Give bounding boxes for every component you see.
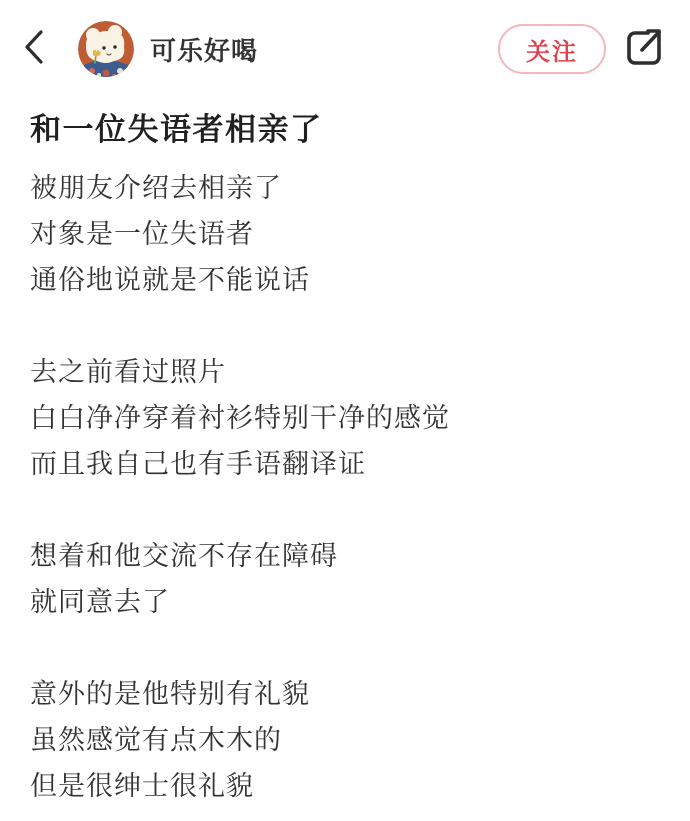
post-body: 被朋友介绍去相亲了 对象是一位失语者 通俗地说就是不能说话 去之前看过照片 白白… <box>30 165 660 809</box>
body-line: 去之前看过照片 <box>30 349 660 395</box>
paragraph: 意外的是他特别有礼貌 虽然感觉有点木木的 但是很绅士很礼貌 <box>30 671 660 809</box>
body-line: 虽然感觉有点木木的 <box>30 717 660 763</box>
username[interactable]: 可乐好喝 <box>150 31 258 68</box>
hamster-avatar-icon <box>78 21 134 77</box>
body-line: 被朋友介绍去相亲了 <box>30 165 660 211</box>
body-line: 意外的是他特别有礼貌 <box>30 671 660 717</box>
body-line: 而且我自己也有手语翻译证 <box>30 441 660 487</box>
body-line: 通俗地说就是不能说话 <box>30 257 660 303</box>
follow-button[interactable]: 关注 <box>498 24 606 74</box>
post-detail-page: 可乐好喝 关注 和一位失语者相亲了 被朋友介绍去相亲了 对象是一位失语者 通俗地… <box>0 0 690 821</box>
top-navigation-bar: 可乐好喝 关注 <box>0 0 690 78</box>
paragraph: 去之前看过照片 白白净净穿着衬衫特别干净的感觉 而且我自己也有手语翻译证 <box>30 349 660 487</box>
chevron-left-icon <box>21 28 47 71</box>
share-icon <box>622 24 668 75</box>
body-line: 白白净净穿着衬衫特别干净的感觉 <box>30 395 660 441</box>
post-content: 和一位失语者相亲了 被朋友介绍去相亲了 对象是一位失语者 通俗地说就是不能说话 … <box>0 104 690 809</box>
back-button[interactable] <box>12 22 56 76</box>
share-button[interactable] <box>620 22 670 76</box>
body-line: 但是很绅士很礼貌 <box>30 763 660 809</box>
paragraph: 想着和他交流不存在障碍 就同意去了 <box>30 533 660 625</box>
body-line: 想着和他交流不存在障碍 <box>30 533 660 579</box>
body-line: 就同意去了 <box>30 579 660 625</box>
post-title: 和一位失语者相亲了 <box>30 104 660 149</box>
paragraph: 被朋友介绍去相亲了 对象是一位失语者 通俗地说就是不能说话 <box>30 165 660 303</box>
avatar[interactable] <box>78 21 134 77</box>
body-line: 对象是一位失语者 <box>30 211 660 257</box>
